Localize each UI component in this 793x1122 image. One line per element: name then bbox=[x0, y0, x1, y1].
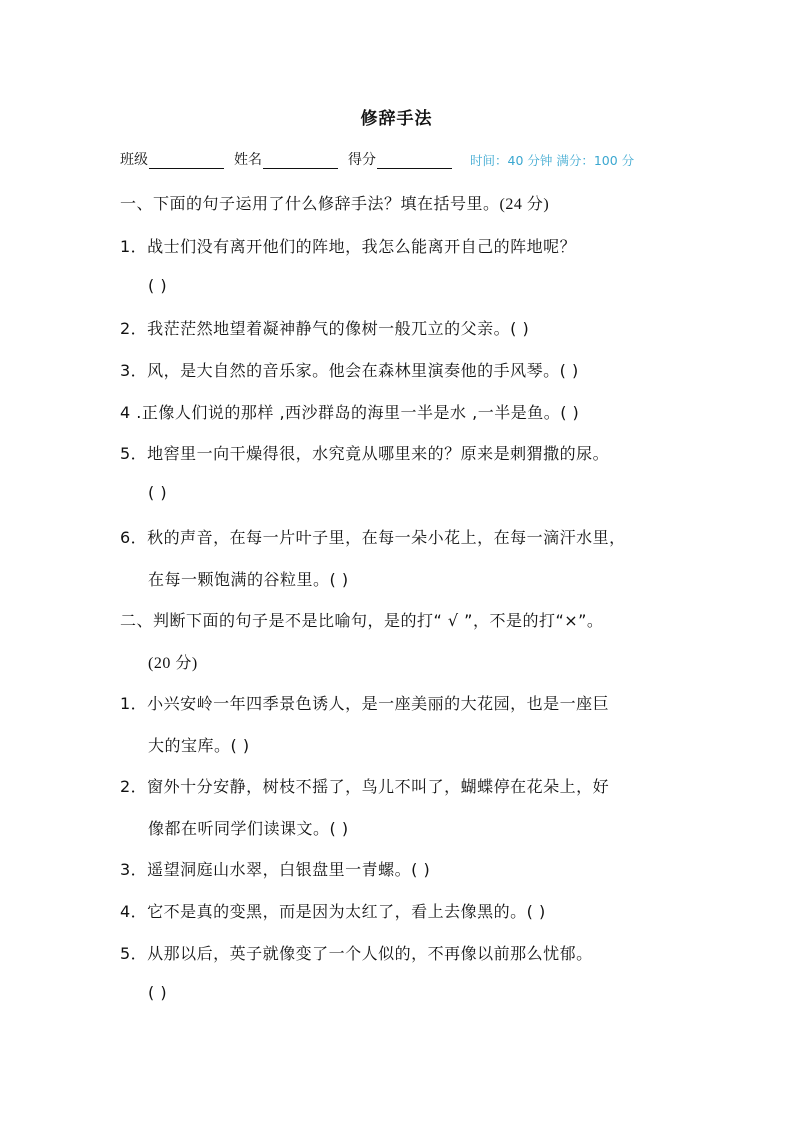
s2-q5-answer[interactable]: ( ) bbox=[148, 983, 167, 1002]
name-field: 姓名 bbox=[234, 149, 338, 169]
name-blank[interactable] bbox=[263, 154, 338, 169]
s1-q1-answer[interactable]: ( ) bbox=[148, 276, 167, 295]
class-field: 班级 bbox=[120, 149, 224, 169]
s2-q2: 2．窗外十分安静，树枝不摇了，鸟儿不叫了，蝴蝶停在花朵上，好 bbox=[120, 774, 609, 797]
s2-q1-cont: 大的宝库。( ) bbox=[148, 733, 250, 756]
section1-heading: 一、下面的句子运用了什么修辞手法？填在括号里。(24 分) bbox=[120, 191, 549, 214]
name-label: 姓名 bbox=[234, 152, 262, 168]
section1-points: (24 分) bbox=[500, 196, 550, 213]
score-field: 得分 bbox=[348, 149, 452, 169]
s2-q3: 3．遥望洞庭山水翠，白银盘里一青螺。( ) bbox=[120, 857, 430, 880]
score-blank[interactable] bbox=[377, 154, 452, 169]
page-title: 修辞手法 bbox=[0, 104, 793, 129]
s2-q5: 5．从那以后，英子就像变了一个人似的，不再像以前那么忧郁。 bbox=[120, 941, 593, 964]
s1-q3: 3．风，是大自然的音乐家。他会在森林里演奏他的手风琴。( ) bbox=[120, 358, 579, 381]
section2-heading: 二、判断下面的句子是不是比喻句，是的打“ √ ”，不是的打“×”。 bbox=[120, 608, 603, 631]
student-info-row: 班级 姓名 得分 时间：40 分钟 满分：100 分 bbox=[120, 149, 634, 169]
class-label: 班级 bbox=[120, 152, 148, 168]
timing-info: 时间：40 分钟 满分：100 分 bbox=[470, 151, 634, 169]
s2-q4: 4．它不是真的变黑，而是因为太红了，看上去像黑的。( ) bbox=[120, 899, 546, 922]
class-blank[interactable] bbox=[149, 154, 224, 169]
s1-q5-answer[interactable]: ( ) bbox=[148, 483, 167, 502]
section1-heading-text: 一、下面的句子运用了什么修辞手法？填在括号里。 bbox=[120, 194, 500, 213]
s1-q4: 4 .正像人们说的那样 ,西沙群岛的海里一半是水 ,一半是鱼。( ) bbox=[120, 400, 579, 423]
s2-q2-cont: 像都在听同学们读课文。( ) bbox=[148, 816, 349, 839]
s1-q6-cont: 在每一颗饱满的谷粒里。( ) bbox=[148, 567, 349, 590]
s1-q1: 1．战士们没有离开他们的阵地，我怎么能离开自己的阵地呢？ bbox=[120, 234, 576, 257]
s1-q5: 5．地窖里一向干燥得很，水究竟从哪里来的？原来是刺猬撒的尿。 bbox=[120, 441, 609, 464]
s1-q2: 2．我茫茫然地望着凝神静气的像树一般兀立的父亲。( ) bbox=[120, 316, 529, 339]
section2-points: (20 分) bbox=[148, 650, 198, 673]
score-label: 得分 bbox=[348, 152, 376, 168]
s1-q6: 6．秋的声音，在每一片叶子里，在每一朵小花上，在每一滴汗水里， bbox=[120, 525, 626, 548]
s2-q1: 1．小兴安岭一年四季景色诱人，是一座美丽的大花园，也是一座巨 bbox=[120, 691, 609, 714]
